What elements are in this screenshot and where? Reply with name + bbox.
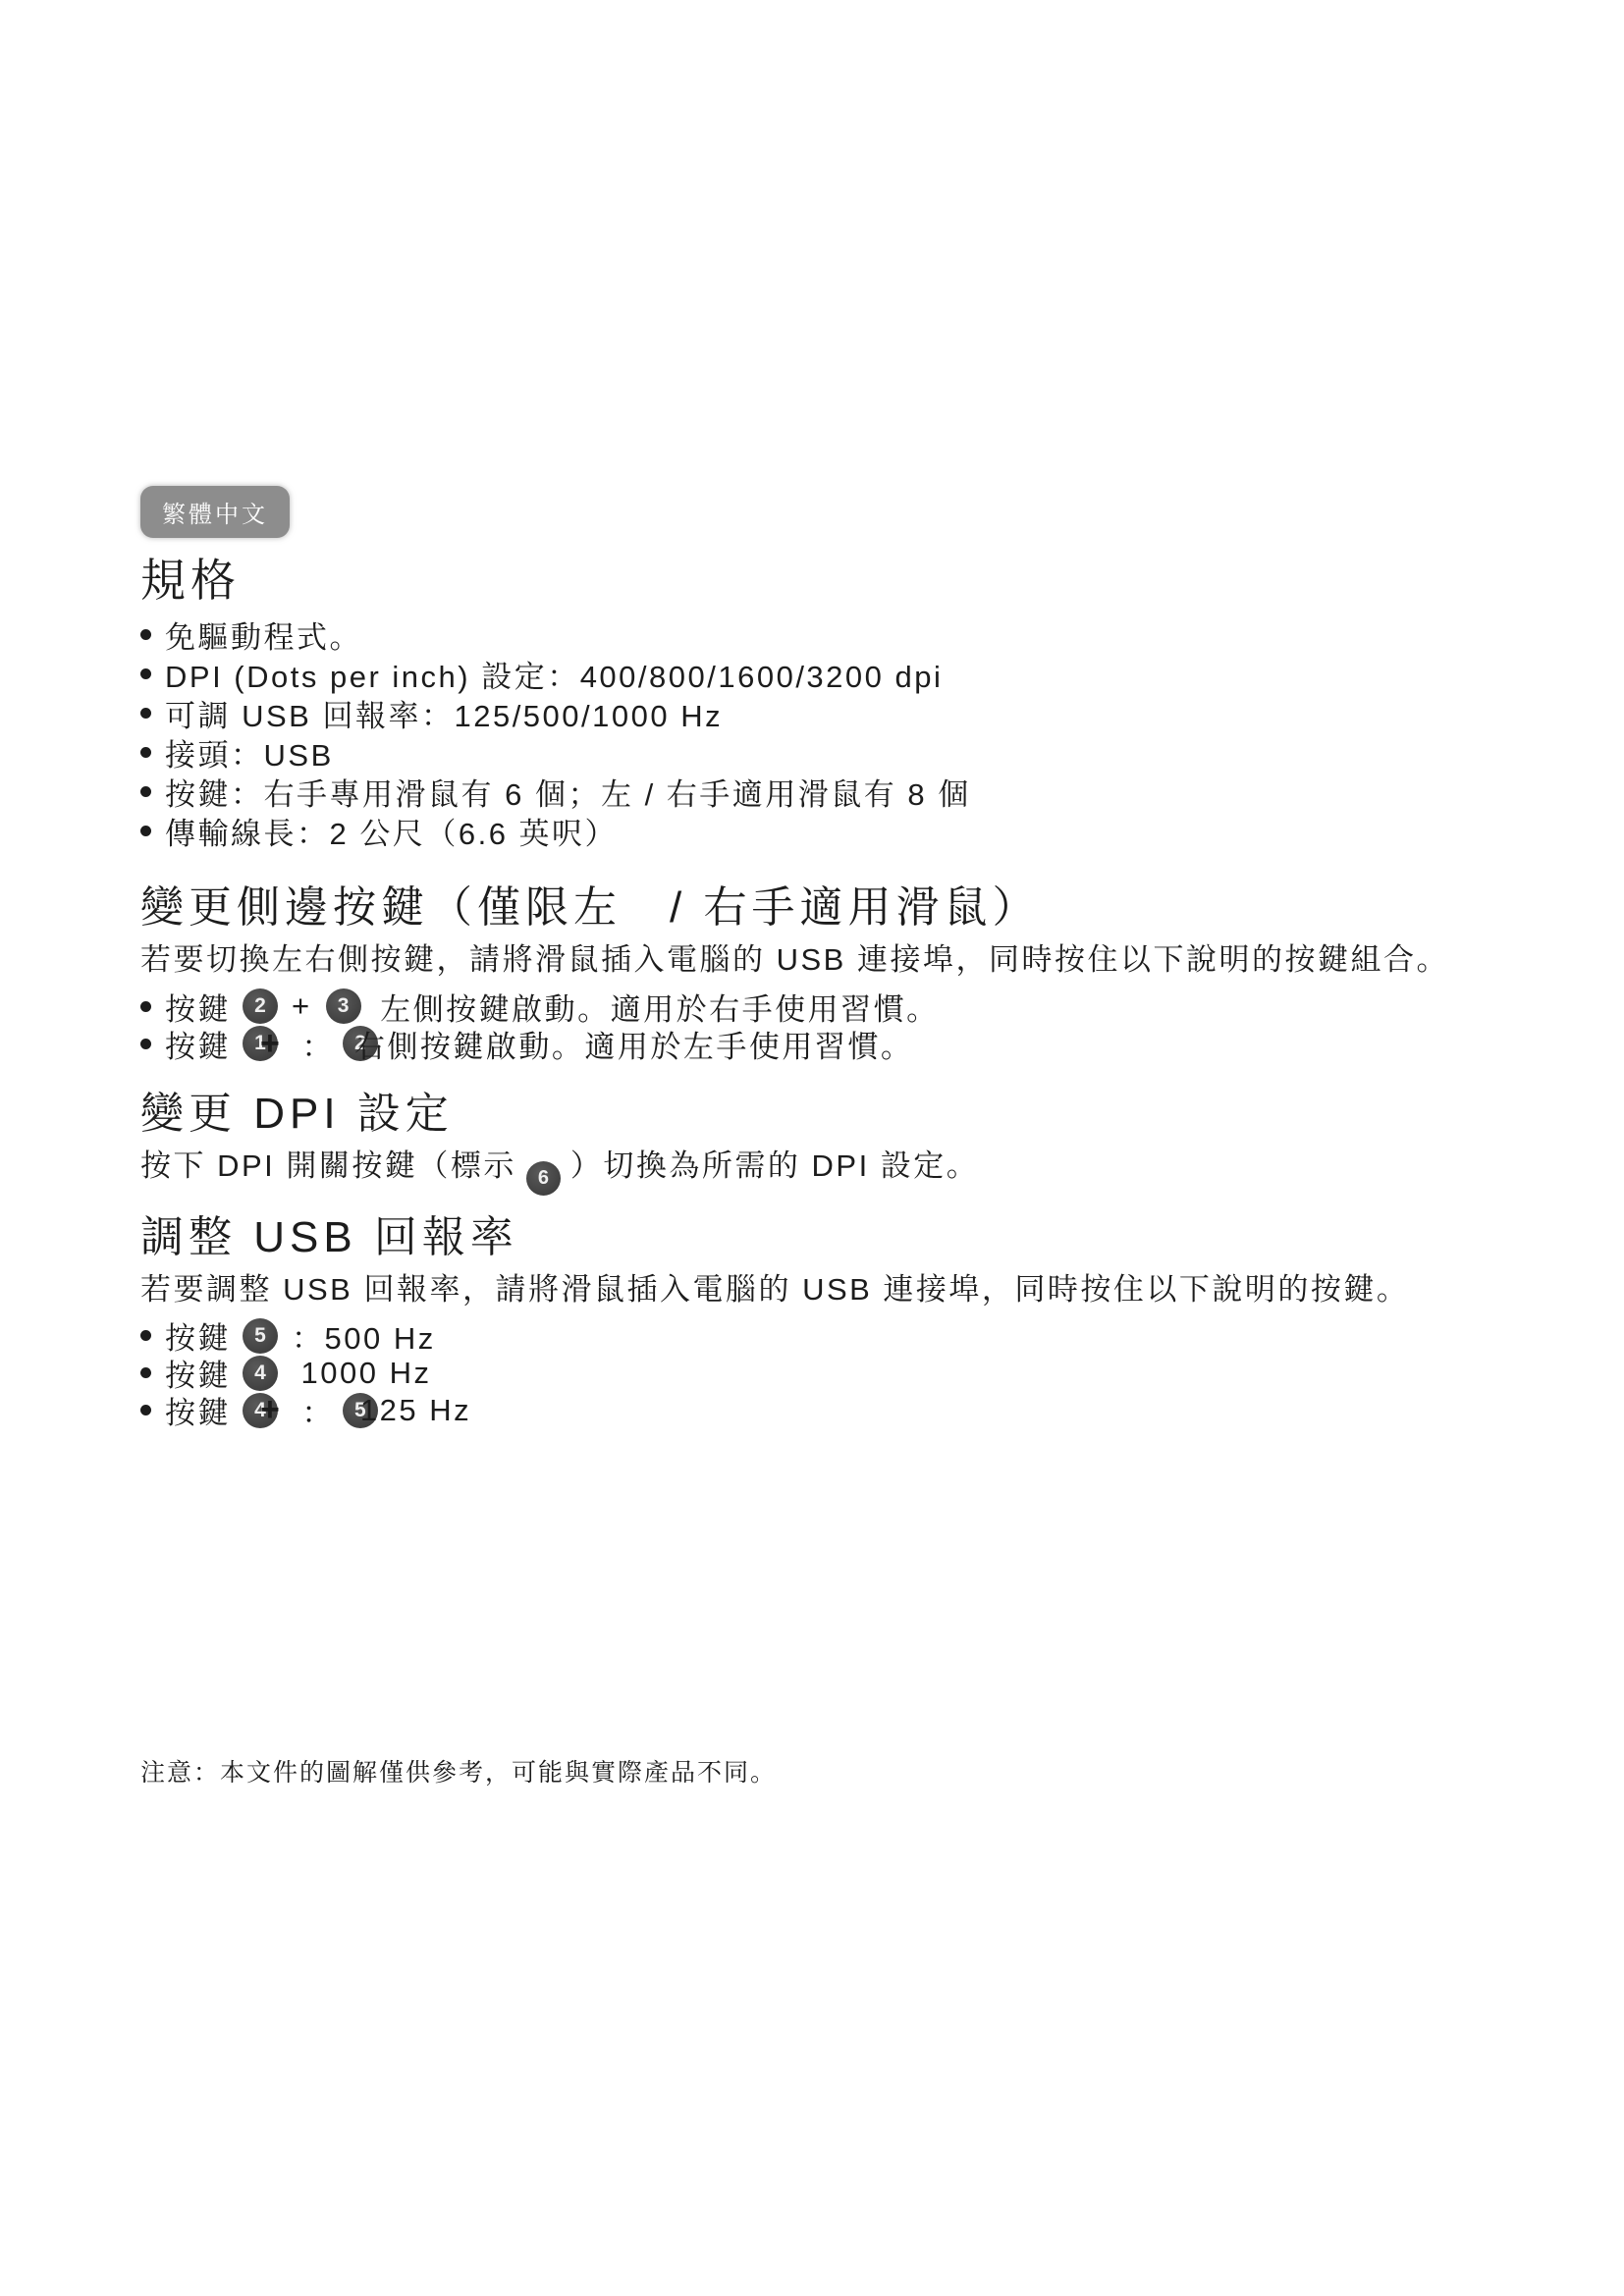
key-3-badge: 3 — [326, 988, 361, 1024]
list-item: 按鍵 4 + ： 5 125 Hz — [140, 1392, 1515, 1429]
plus-sign: + — [260, 1391, 282, 1429]
key-4-badge: 4 — [243, 1356, 278, 1391]
bullet-icon — [140, 1405, 151, 1415]
key-6-badge: 6 — [526, 1161, 561, 1196]
spec-item-text: 按鍵：右手專用滑鼠有 6 個；左 / 右手適用滑鼠有 8 個 — [165, 770, 971, 814]
spec-item-text: 可調 USB 回報率：125/500/1000 Hz — [165, 691, 723, 735]
key-action-text: 1000 Hz — [301, 1356, 432, 1391]
bullet-icon — [140, 708, 151, 719]
dpi-text-after: ）切換為所需的 DPI 設定。 — [570, 1148, 979, 1183]
spec-item-text: DPI (Dots per inch) 設定：400/800/1600/3200… — [165, 652, 943, 696]
list-item: 按鍵 5 ：500 Hz — [140, 1317, 1515, 1355]
list-item: 按鍵：右手專用滑鼠有 6 個；左 / 右手適用滑鼠有 8 個 — [140, 772, 1515, 811]
key-action-text: ：500 Hz — [292, 1313, 436, 1358]
spec-item-text: 傳輸線長：2 公尺（6.6 英呎） — [165, 809, 618, 853]
usb-rate-list: 按鍵 5 ：500 Hz 按鍵 4 ： 1000 Hz 按鍵 4 + ： 5 1… — [140, 1317, 1515, 1429]
key-action-text: 125 Hz — [360, 1393, 471, 1428]
dpi-text-before: 按下 DPI 開關按鍵（標示 — [140, 1148, 516, 1183]
list-item: 按鍵 1 + ： 2 右側按鍵啟動。適用於左手使用習慣。 — [140, 1025, 1515, 1062]
list-item: 按鍵 2 + 3 ：左側按鍵啟動。適用於右手使用習慣。 — [140, 988, 1515, 1025]
bullet-icon — [140, 1001, 151, 1012]
list-item: DPI (Dots per inch) 設定：400/800/1600/3200… — [140, 654, 1515, 693]
specifications-list: 免驅動程式。 DPI (Dots per inch) 設定：400/800/16… — [140, 614, 1515, 850]
plus-sign: + — [292, 988, 312, 1024]
list-item: 接頭：USB — [140, 732, 1515, 772]
bullet-icon — [140, 786, 151, 797]
language-badge-row: 繁體中文 — [140, 486, 1515, 538]
bullet-icon — [140, 1039, 151, 1049]
side-buttons-list: 按鍵 2 + 3 ：左側按鍵啟動。適用於右手使用習慣。 按鍵 1 + ： 2 右… — [140, 988, 1515, 1062]
usb-rate-intro: 若要調整 USB 回報率，請將滑鼠插入電腦的 USB 連接埠，同時按住以下說明的… — [140, 1270, 1461, 1309]
spec-item-text: 接頭：USB — [165, 730, 334, 774]
key-action-text: 右側按鍵啟動。適用於左手使用習慣。 — [354, 1022, 914, 1066]
bullet-icon — [140, 629, 151, 640]
bullet-icon — [140, 1330, 151, 1341]
key-2-badge: 2 — [243, 988, 278, 1024]
list-item: 可調 USB 回報率：125/500/1000 Hz — [140, 693, 1515, 732]
section-title-dpi: 變更 DPI 設定 — [140, 1088, 1515, 1141]
spec-item-text: 免驅動程式。 — [165, 613, 362, 657]
section-title-specifications: 規格 — [140, 554, 1515, 607]
section-title-side-buttons: 變更側邊按鍵（僅限左 / 右手適用滑鼠） — [140, 881, 1515, 934]
key-5-badge: 5 — [243, 1318, 278, 1354]
key-label: 按鍵 — [165, 1388, 231, 1432]
list-item: 傳輸線長：2 公尺（6.6 英呎） — [140, 811, 1515, 850]
bullet-icon — [140, 1367, 151, 1378]
page-content: 繁體中文 規格 免驅動程式。 DPI (Dots per inch) 設定：40… — [140, 486, 1515, 1429]
list-item: 免驅動程式。 — [140, 614, 1515, 654]
colon-text: ： — [301, 1388, 335, 1432]
section-title-usb-rate: 調整 USB 回報率 — [140, 1211, 1515, 1264]
dpi-instruction: 按下 DPI 開關按鍵（標示6）切換為所需的 DPI 設定。 — [140, 1147, 1461, 1196]
list-item: 按鍵 4 ： 1000 Hz — [140, 1355, 1515, 1392]
key-label: 按鍵 — [165, 1022, 231, 1066]
footnote: 注意：本文件的圖解僅供參考，可能與實際產品不同。 — [140, 1753, 777, 1789]
bullet-icon — [140, 747, 151, 758]
bullet-icon — [140, 668, 151, 679]
manual-page: 繁體中文 規格 免驅動程式。 DPI (Dots per inch) 設定：40… — [0, 0, 1624, 2296]
language-badge: 繁體中文 — [140, 486, 290, 538]
bullet-icon — [140, 826, 151, 836]
side-buttons-intro: 若要切換左右側按鍵，請將滑鼠插入電腦的 USB 連接埠，同時按住以下說明的按鍵組… — [140, 940, 1461, 980]
colon-text: ： — [301, 1022, 335, 1066]
plus-sign: + — [260, 1025, 282, 1063]
